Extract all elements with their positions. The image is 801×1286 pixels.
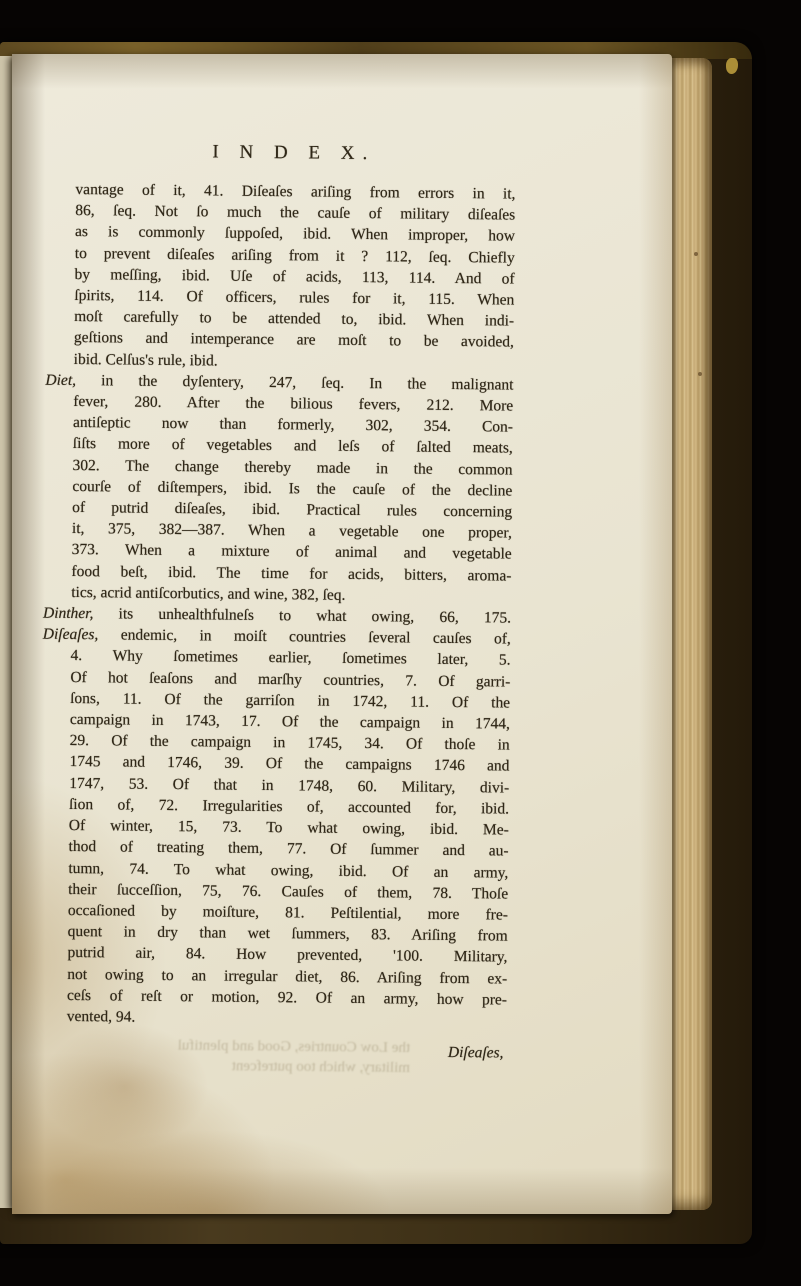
index-page-content: I N D E X. vantage of it, 41. Diſeaſes a… (66, 140, 516, 1063)
dust-speck (698, 372, 702, 376)
page-title: I N D E X. (76, 140, 516, 167)
index-entries: vantage of it, 41. Diſeaſes ariſing from… (67, 179, 516, 1032)
photo-background: the Low Countries, Good and plentifulmil… (0, 0, 801, 1286)
index-headword: Diſeaſes, (43, 626, 99, 644)
index-headword: Dinther, (43, 605, 94, 623)
catchword: Diſeaſes, (66, 1040, 506, 1063)
book-page: the Low Countries, Good and plentifulmil… (12, 54, 672, 1214)
dust-speck (694, 252, 698, 256)
page-edge-stack (668, 58, 712, 1210)
index-headword: Diet, (45, 372, 76, 389)
